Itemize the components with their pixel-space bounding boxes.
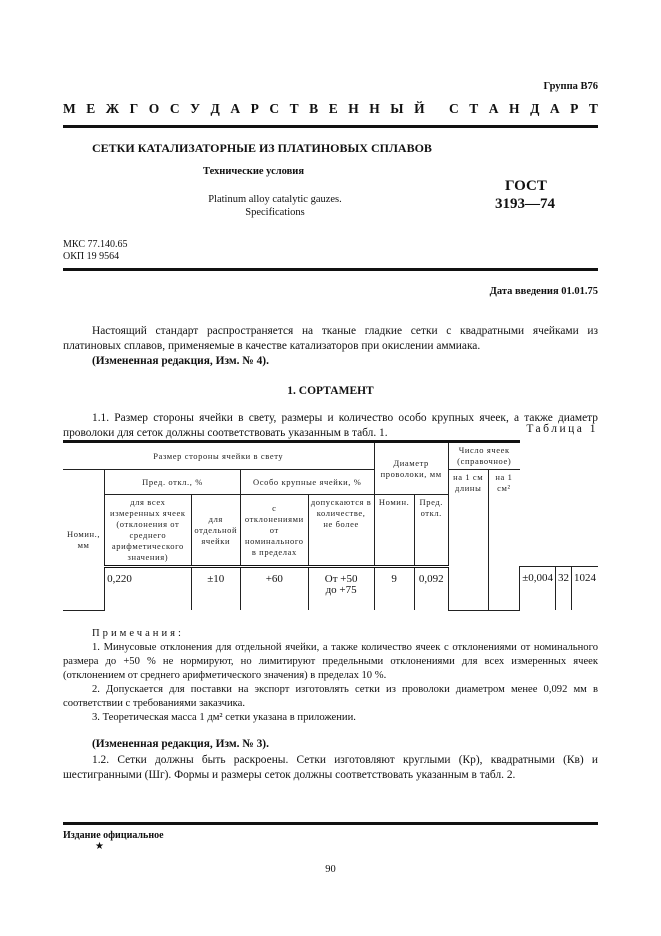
english-title: Platinum alloy catalytic gauzes. Specifi… — [190, 193, 360, 219]
heading-word-gap — [435, 101, 438, 117]
heading-letter: Ж — [106, 101, 119, 117]
star-icon: ★ — [95, 841, 104, 852]
paragraph-1-2: 1.2. Сетки должны быть раскроены. Сетки … — [63, 753, 598, 783]
date-value: 01.01.75 — [561, 286, 598, 297]
cell-nominal: 0,220 — [105, 567, 192, 611]
heading-letter: С — [170, 101, 180, 117]
notes-block: Примечания: 1. Минусовые отклонения для … — [63, 627, 598, 725]
heading-letter: Д — [530, 101, 539, 117]
heading-letter: Е — [329, 101, 338, 117]
table-1: Размер стороны ячейки в свету Диаметр пр… — [63, 440, 598, 611]
footer-rule — [63, 822, 598, 825]
classification-codes: МКС 77.140.65 ОКП 19 9564 — [63, 239, 127, 263]
header-allowed-count: допускаются в количестве, не более — [308, 495, 374, 567]
note-3: 3. Теоретическая масса 1 дм² сетки указа… — [63, 711, 598, 725]
notes-label: Примечания: — [63, 627, 598, 641]
heading-letter: Т — [589, 101, 598, 117]
codes-rule — [63, 268, 598, 271]
date-label: Дата введения — [490, 286, 559, 297]
heading-letter: Й — [414, 101, 425, 117]
cell-wire-nominal: 0,092 — [414, 567, 448, 611]
cell-allowed-count: 9 — [374, 567, 414, 611]
heading-letter: Г — [130, 101, 139, 117]
heading-letter: Е — [86, 101, 95, 117]
header-nominal: Номин., мм — [63, 470, 105, 611]
heading-letter: А — [230, 101, 240, 117]
heading-letter: Т — [469, 101, 478, 117]
cell-all-cells: ±10 — [191, 567, 240, 611]
heading-letter: Р — [570, 101, 578, 117]
effective-date: Дата введения 01.01.75 — [490, 286, 598, 297]
heading-letter: А — [550, 101, 560, 117]
table-caption: Таблица 1 — [526, 423, 598, 435]
heading-letter: Р — [251, 101, 259, 117]
header-limit-deviation: Пред. откл., % — [105, 470, 241, 495]
cell-deviation-range: От +50 до +75 — [308, 567, 374, 611]
heading-letter: Н — [348, 101, 359, 117]
heading-letter: С — [449, 101, 459, 117]
group-code: Группа В76 — [544, 81, 598, 92]
english-title-line2: Specifications — [190, 206, 360, 219]
cell-deviation-range-to: до +75 — [311, 585, 372, 596]
cell-wire-deviation: ±0,004 — [520, 567, 556, 611]
heading-letter: Т — [290, 101, 299, 117]
gost-designation: ГОСТ 3193—74 — [495, 177, 605, 213]
heading-letter: С — [269, 101, 279, 117]
heading-letter: Н — [369, 101, 380, 117]
header-wire-nominal: Номин. — [374, 495, 414, 567]
cell-per-cm2: 1024 — [572, 567, 599, 611]
header-single-cell: для отдельной ячейки — [191, 495, 240, 567]
intro-paragraph: Настоящий стандарт распространяется на т… — [63, 324, 598, 354]
document-title: СЕТКИ КАТАЛИЗАТОРНЫЕ ИЗ ПЛАТИНОВЫХ СПЛАВ… — [92, 141, 432, 156]
english-title-line1: Platinum alloy catalytic gauzes. — [190, 193, 360, 206]
intro-amendment: (Измененная редакция, Изм. № 4). — [63, 354, 598, 369]
header-mesh-count: Число ячеек (справочное) — [448, 442, 519, 470]
header-mesh-size: Размер стороны ячейки в свету — [63, 442, 374, 470]
heading-letter: Д — [211, 101, 220, 117]
header-rule — [63, 125, 598, 128]
document-subtitle: Технические условия — [203, 166, 304, 177]
mks-code: МКС 77.140.65 — [63, 239, 127, 251]
official-edition: Издание официальное — [63, 830, 164, 841]
amendment-3: (Измененная редакция, Изм. № 3). — [63, 737, 598, 752]
header-per-cm2: на 1 см² — [488, 470, 520, 611]
okp-code: ОКП 19 9564 — [63, 251, 127, 263]
header-per-cm: на 1 см длины — [448, 470, 488, 611]
heading-letter: А — [489, 101, 499, 117]
header-deviation-range: с отклонениями от номинального в предела… — [240, 495, 308, 567]
cell-per-cm: 32 — [556, 567, 572, 611]
header-wire-diameter: Диаметр проволоки, мм — [374, 442, 448, 495]
cell-single-cell: +60 — [240, 567, 308, 611]
heading-letter: В — [309, 101, 318, 117]
note-1: 1. Минусовые отклонения для отдельной яч… — [63, 641, 598, 683]
paragraph-1-1: 1.1. Размер стороны ячейки в свету, разм… — [63, 411, 598, 441]
heading-letter: У — [190, 101, 200, 117]
gost-label: ГОСТ — [495, 177, 605, 195]
heading-letter: Ы — [390, 101, 403, 117]
heading-letter: Н — [509, 101, 520, 117]
interstate-standard-heading: МЕЖГОСУДАРСТВЕННЫЙ СТАНДАРТ — [63, 101, 598, 117]
page-number: 90 — [0, 864, 661, 875]
heading-letter: О — [149, 101, 160, 117]
header-wire-deviation: Пред. откл. — [414, 495, 448, 567]
gost-number: 3193—74 — [495, 195, 605, 213]
section-title-sortament: 1. СОРТАМЕНТ — [0, 385, 661, 397]
header-extra-large: Особо крупные ячейки, % — [240, 470, 374, 495]
note-2: 2. Допускается для поставки на экспорт и… — [63, 683, 598, 711]
heading-letter: М — [63, 101, 76, 117]
header-all-cells: для всех измеренных ячеек (отклонения от… — [105, 495, 192, 567]
